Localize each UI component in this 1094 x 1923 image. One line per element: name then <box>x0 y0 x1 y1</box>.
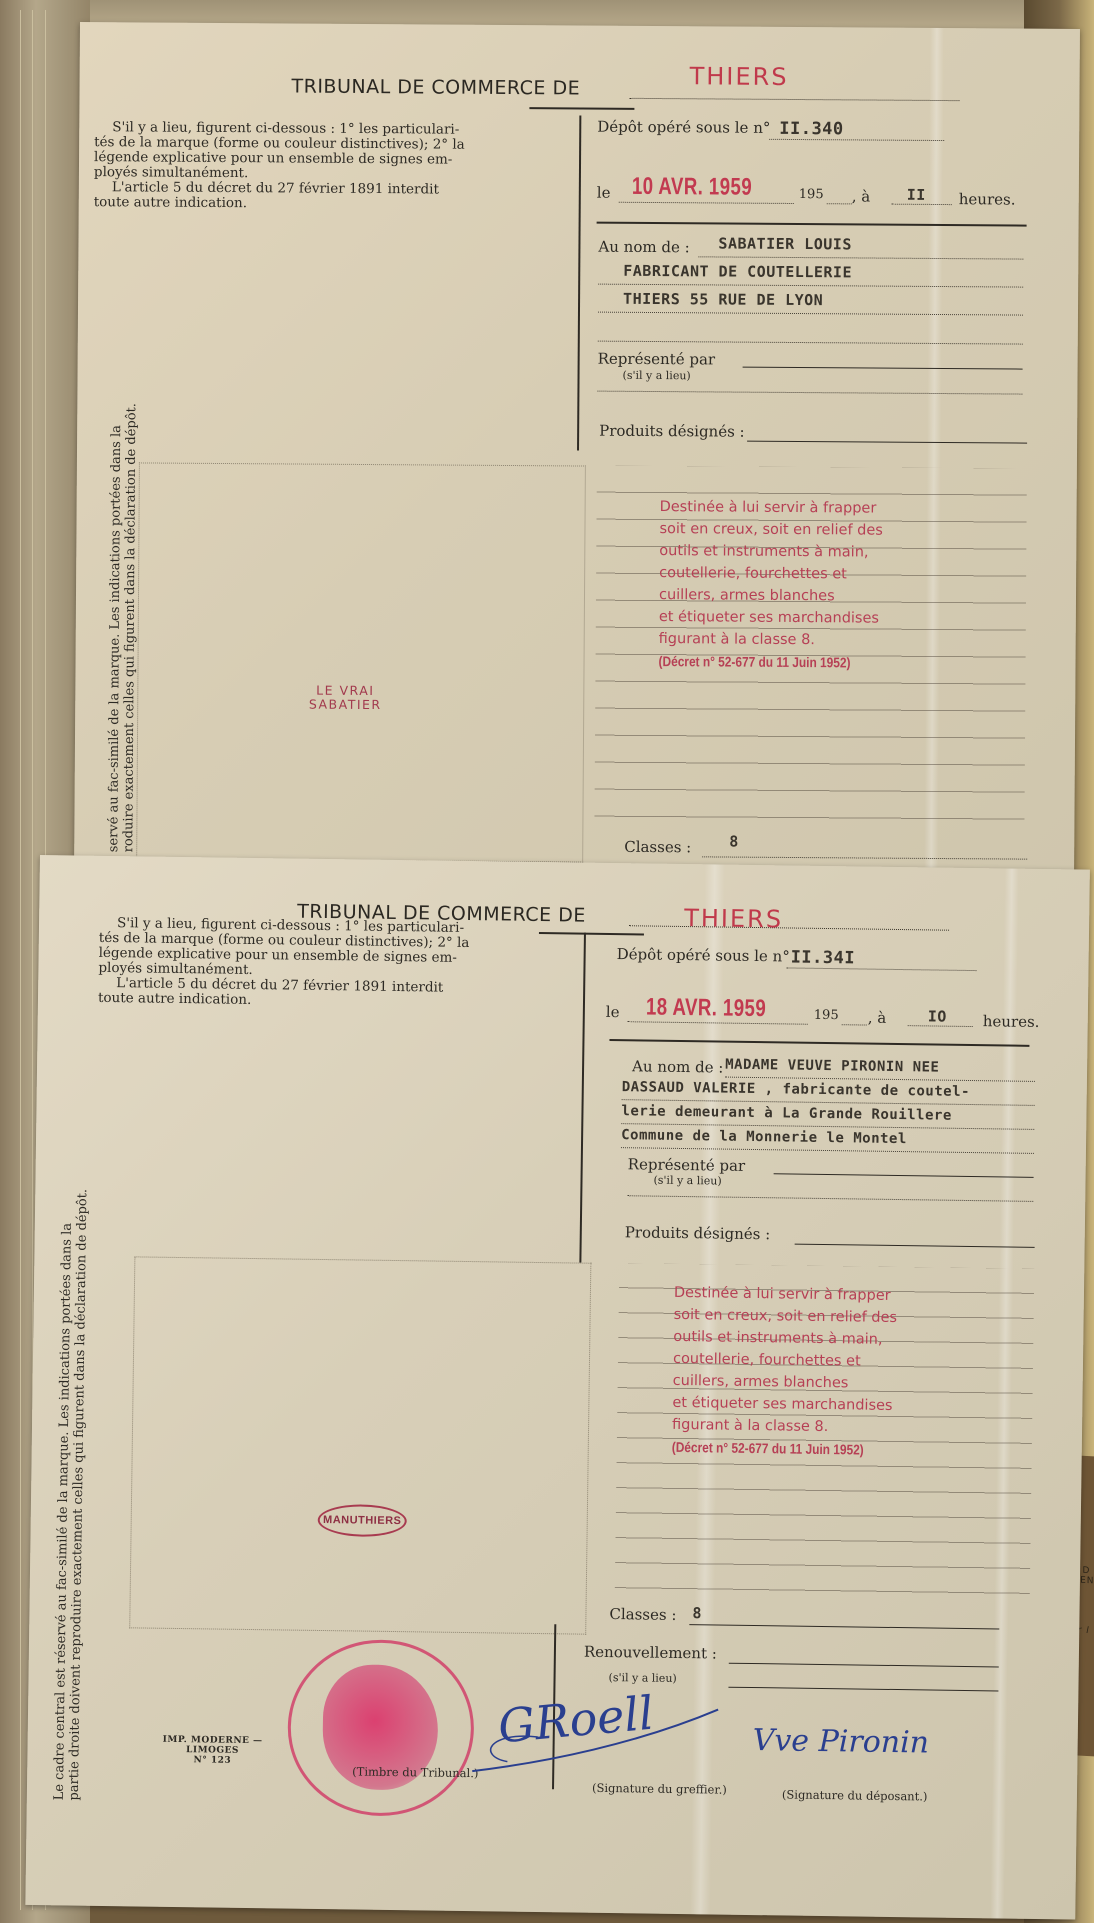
representative-label: Représenté par <box>598 350 716 369</box>
trademark-facsimile-frame <box>136 462 586 862</box>
classes-label: Classes : <box>624 838 691 856</box>
depositor-signature-caption: (Signature du déposant.) <box>782 1787 928 1803</box>
representative-sublabel: (s'il y a lieu) <box>623 369 691 382</box>
owner-line <box>698 256 1023 259</box>
court-place-line <box>629 98 959 101</box>
owner-line <box>621 1147 1034 1154</box>
representative-line <box>743 367 1023 370</box>
vertical-note: servé au fac-similé de la marque. Les in… <box>106 403 139 852</box>
year-prefix: 195 <box>799 187 824 202</box>
rule <box>539 932 644 935</box>
deposit-number-line <box>786 967 976 971</box>
year-line <box>827 203 852 204</box>
instructions: S'il y a lieu, figurent ci-dessous : 1° … <box>98 916 554 1012</box>
classes-line <box>702 856 1027 859</box>
column-divider <box>577 115 581 450</box>
time-value: IO <box>928 1007 947 1025</box>
classes-value: 8 <box>692 1604 702 1622</box>
classes-label: Classes : <box>609 1605 676 1624</box>
owner-line <box>598 341 1023 345</box>
vertical-note: Le cadre central est réservé au fac-simi… <box>52 1189 91 1801</box>
owner-line <box>598 312 1023 316</box>
clerk-signature-flourish <box>467 1701 728 1785</box>
depositor-signature: Vve Pironin <box>752 1723 929 1760</box>
owner-address: THIERS 55 RUE DE LYON <box>623 290 823 309</box>
deposit-number-value: II.340 <box>779 119 844 139</box>
owner-label: Au nom de : <box>632 1057 723 1076</box>
date-label: le <box>597 184 611 202</box>
owner-name: MADAME VEUVE PIRONIN NEE <box>725 1057 939 1076</box>
rule <box>529 107 634 110</box>
renewal-line <box>728 1687 998 1692</box>
products-stamp: Destinée à lui servir à frapper soit en … <box>658 496 909 675</box>
deposit-number-line <box>769 139 944 141</box>
court-place-stamp: THIERS <box>684 904 783 933</box>
classes-value: 8 <box>729 833 739 851</box>
trademark-facsimile: LE VRAI SABATIER <box>285 683 405 712</box>
date-stamp: 10 AVR. 1959 <box>632 173 752 202</box>
representative-line <box>627 1195 1033 1202</box>
deposit-form-2: TRIBUNAL DE COMMERCE DE THIERS S'il y a … <box>25 855 1090 1920</box>
deposit-form-1: TRIBUNAL DE COMMERCE DE THIERS S'il y a … <box>74 22 1080 909</box>
year-prefix: 195 <box>814 1008 839 1023</box>
rule <box>597 222 1027 227</box>
owner-line-3: lerie demeurant à La Grande Rouillere <box>621 1103 952 1124</box>
renewal-line <box>729 1663 999 1668</box>
form-title: TRIBUNAL DE COMMERCE DE <box>291 75 580 99</box>
page-stack-edge <box>20 10 21 1910</box>
date-line <box>619 202 794 204</box>
deposit-number-label: Dépôt opéré sous le n° <box>617 945 790 965</box>
deposit-number-label: Dépôt opéré sous le n° <box>597 118 770 137</box>
clerk-signature-caption: (Signature du greffier.) <box>592 1781 727 1797</box>
representative-line <box>597 391 1022 395</box>
date-label: le <box>606 1003 620 1021</box>
products-line <box>747 441 1027 444</box>
owner-line-4: Commune de la Monnerie le Montel <box>621 1127 907 1147</box>
printer-imprint: IMP. MODERNE — LIMOGES N° 123 <box>137 1734 287 1766</box>
products-label: Produits désignés : <box>625 1223 771 1243</box>
owner-line-2: DASSAUD VALERIE , fabricante de coutel- <box>622 1079 970 1100</box>
owner-line <box>598 284 1023 288</box>
court-place-line <box>629 925 949 930</box>
year-line <box>842 1024 867 1025</box>
classes-line <box>689 1624 999 1629</box>
rule <box>609 1039 1029 1047</box>
hours-label: heures. <box>983 1012 1040 1031</box>
time-label: , à <box>868 1009 887 1027</box>
hours-label: heures. <box>959 190 1016 208</box>
instructions: S'il y a lieu, figurent ci-dessous : 1° … <box>94 120 555 213</box>
owner-label: Au nom de : <box>598 238 689 257</box>
renewal-label: Renouvellement : <box>584 1643 717 1663</box>
time-value: II <box>907 186 926 204</box>
products-line <box>795 1244 1035 1248</box>
time-label: , à <box>852 187 871 205</box>
deposit-number-value: II.34I <box>791 947 856 968</box>
seal-caption: (Timbre du Tribunal.) <box>352 1764 478 1780</box>
renewal-sublabel: (s'il y a lieu) <box>608 1671 676 1685</box>
trademark-facsimile-frame <box>129 1256 591 1634</box>
products-stamp: Destinée à lui servir à frapper soit en … <box>672 1282 934 1463</box>
representative-sublabel: (s'il y a lieu) <box>653 1174 721 1188</box>
products-label: Produits désignés : <box>599 422 745 441</box>
owner-name: SABATIER LOUIS <box>718 234 852 253</box>
court-place-stamp: THIERS <box>690 62 789 91</box>
column-divider <box>579 933 586 1263</box>
representative-label: Représenté par <box>628 1155 746 1175</box>
representative-line <box>774 1173 1034 1178</box>
owner-occupation: FABRICANT DE COUTELLERIE <box>623 262 852 282</box>
date-stamp: 18 AVR. 1959 <box>646 993 767 1023</box>
